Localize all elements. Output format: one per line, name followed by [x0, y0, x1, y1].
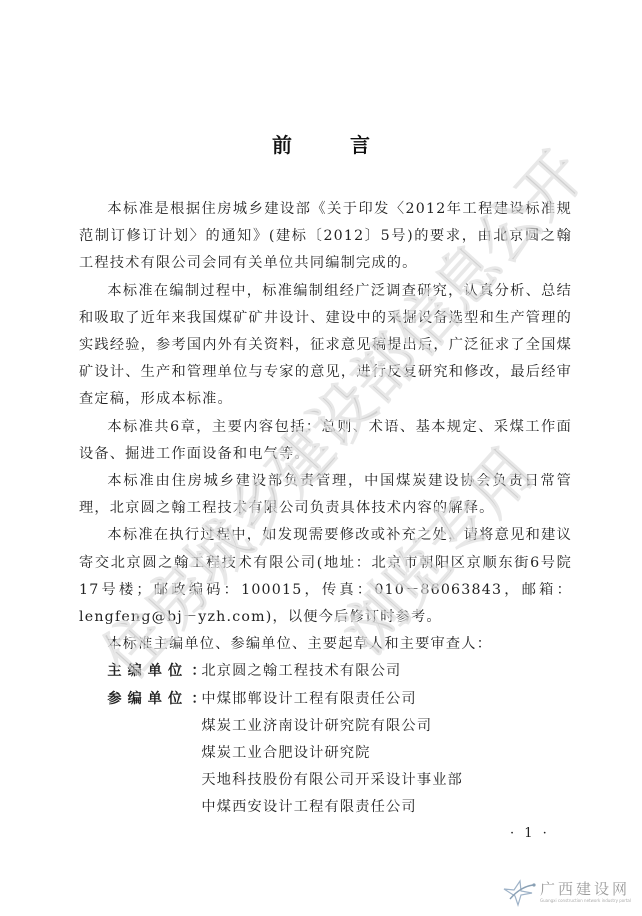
document-page: 前言 本标准是根据住房城乡建设部《关于印发〈2012年工程建设标准规范制订修订计… [0, 0, 642, 916]
co-editor-value: 煤炭工业合肥设计研究院 [79, 740, 572, 767]
title-char-1: 前 [272, 129, 292, 158]
paragraph-contents: 本标准共6章，主要内容包括：总则、术语、基本规定、采煤工作面设备、掘进工作面设备… [79, 414, 572, 468]
logo-text: 广西建设网 Guangxi construction network indus… [540, 881, 631, 904]
page-title: 前言 [0, 129, 642, 158]
chief-editor-label: 主编单位 [107, 658, 191, 685]
star-logo-icon [500, 877, 536, 907]
co-editor-value: 煤炭工业济南设计研究院有限公司 [79, 713, 572, 740]
page-number: · 1 · [510, 826, 550, 841]
paragraph-credits-intro: 本标准主编单位、参编单位、主要起草人和主要审查人： [79, 631, 572, 658]
credits-list: 主编单位 ： 北京圆之翰工程技术有限公司 参编单位 ： 中煤邯郸设计工程有限责任… [79, 658, 572, 821]
co-editor-colon: ： [191, 686, 201, 713]
paragraph-feedback: 本标准在执行过程中，如发现需要修改或补充之处，请将意见和建议寄交北京圆之翰工程技… [79, 522, 572, 631]
co-editor-value: 天地科技股份有限公司开采设计事业部 [79, 767, 572, 794]
paragraph-process: 本标准在编制过程中，标准编制组经广泛调查研究，认真分析、总结和吸取了近年来我国煤… [79, 278, 572, 414]
chief-editor-value: 北京圆之翰工程技术有限公司 [201, 658, 572, 685]
paragraph-basis: 本标准是根据住房城乡建设部《关于印发〈2012年工程建设标准规范制订修订计划〉的… [79, 196, 572, 278]
logo-tagline: Guangxi construction network industry po… [540, 898, 631, 904]
chief-editor-colon: ： [191, 658, 201, 685]
preface-body: 本标准是根据住房城乡建设部《关于印发〈2012年工程建设标准规范制订修订计划〉的… [79, 196, 572, 822]
title-char-2: 言 [350, 129, 370, 158]
co-editor-value: 中煤邯郸设计工程有限责任公司 [201, 686, 572, 713]
co-editor-value: 中煤西安设计工程有限责任公司 [79, 794, 572, 821]
chief-editor-row: 主编单位 ： 北京圆之翰工程技术有限公司 [79, 658, 572, 685]
site-logo: 广西建设网 Guangxi construction network indus… [500, 868, 642, 916]
logo-name: 广西建设网 [540, 881, 631, 898]
co-editor-row: 参编单位 ： 中煤邯郸设计工程有限责任公司 [79, 686, 572, 713]
co-editor-label: 参编单位 [107, 686, 191, 713]
paragraph-management: 本标准由住房城乡建设部负责管理，中国煤炭建设协会负责日常管理，北京圆之翰工程技术… [79, 468, 572, 522]
